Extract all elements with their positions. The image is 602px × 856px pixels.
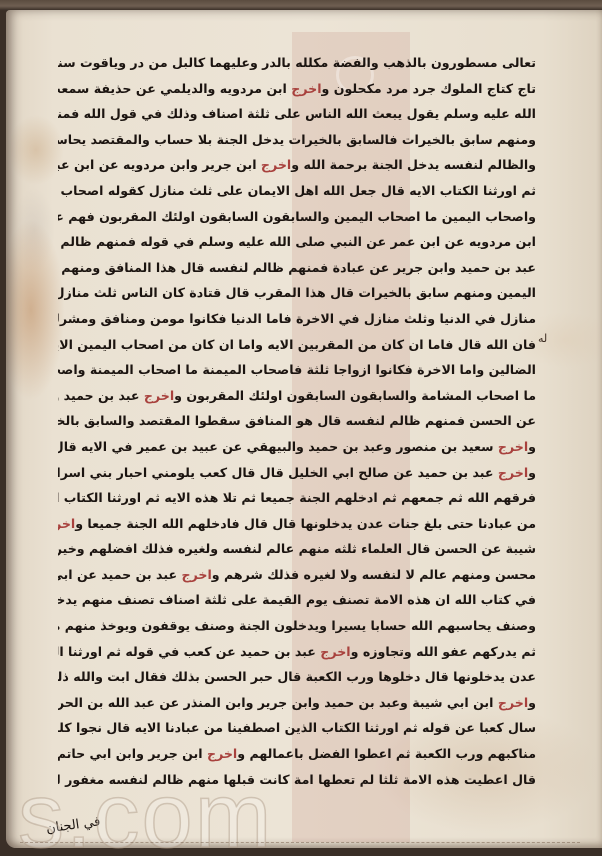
text-line-5: والظالم لنفسه يدخل الجنة برحمة الله واخر… bbox=[58, 152, 536, 178]
text-line-28: مناكبهم ورب الكعبة ثم اعطوا الفضل باعمال… bbox=[58, 741, 536, 767]
rubric-word: اخرج bbox=[58, 516, 75, 531]
rubric-word: اخرج bbox=[207, 746, 237, 761]
margin-note: له bbox=[538, 332, 547, 345]
text-line-10: اليمين ومنهم سابق بالخيرات قال هذا المقر… bbox=[58, 280, 536, 306]
rubric-word: اخرج bbox=[498, 439, 528, 454]
text-line-24: ثم يدركهم عفو الله وتجاوزه واخرج عبد بن … bbox=[58, 639, 536, 665]
rubric-word: اخرج bbox=[261, 157, 291, 172]
rubric-word: اخرج bbox=[498, 695, 528, 710]
text-line-1: تعالى مسطورون بالذهب والفضة مكلله بالدر … bbox=[58, 50, 536, 76]
text-line-3: الله عليه وسلم يقول يبعث الله الناس على … bbox=[58, 101, 536, 127]
text-line-13: الضالين واما الاخرة فكانوا ازواجا ثلثة ف… bbox=[58, 357, 536, 383]
text-line-21: محسن ومنهم عالم لا لنفسه ولا لغيره فذلك … bbox=[58, 562, 536, 588]
rubric-word: اخرج bbox=[291, 81, 321, 96]
text-line-23: وصنف يحاسبهم الله حسابا يسيرا ويدخلون ال… bbox=[58, 613, 536, 639]
text-line-15: عن الحسن فمنهم ظالم لنفسه قال هو المنافق… bbox=[58, 408, 536, 434]
text-line-7: واصحاب اليمين ما اصحاب اليمين والسابقون … bbox=[58, 204, 536, 230]
text-line-18: فرقهم الله ثم جمعهم ثم ادخلهم الجنة جميع… bbox=[58, 485, 536, 511]
rubric-word: اخرج bbox=[144, 388, 174, 403]
rubric-word: اخرج bbox=[181, 567, 211, 582]
text-line-20: شيبة عن الحسن قال العلماء ثلثه منهم عالم… bbox=[58, 536, 536, 562]
text-line-14: ما اصحاب المشامة والسابقون السابقون اولئ… bbox=[58, 383, 536, 409]
text-line-26: واخرج ابن ابي شيبة وعبد بن حميد وابن جري… bbox=[58, 690, 536, 716]
page-bottom-edge bbox=[20, 842, 580, 845]
text-line-17: واخرج عبد بن حميد عن صالح ابي الخليل قال… bbox=[58, 460, 536, 486]
rubric-word: اخرج bbox=[498, 465, 528, 480]
text-line-27: سال كعبا عن قوله ثم اورثنا الكتاب الذين … bbox=[58, 715, 536, 741]
text-line-4: ومنهم سابق بالخيرات فالسابق بالخيرات يدخ… bbox=[58, 127, 536, 153]
text-line-25: عدن يدخلونها قال دخلوها ورب الكعبة قال ح… bbox=[58, 664, 536, 690]
text-line-2: تاج كتاج الملوك جرد مرد مكحلون واخرج ابن… bbox=[58, 76, 536, 102]
text-line-9: عبد بن حميد وابن جرير عن عبادة فمنهم ظال… bbox=[58, 255, 536, 281]
text-line-11: منازل في الدنيا وثلث منازل في الاخرة فام… bbox=[58, 306, 536, 332]
text-line-16: واخرج سعيد بن منصور وعبد بن حميد والبيهق… bbox=[58, 434, 536, 460]
rubric-word: اخرج bbox=[320, 644, 350, 659]
text-line-6: ثم اورثنا الكتاب الايه قال جعل الله اهل … bbox=[58, 178, 536, 204]
text-line-12: فان الله قال فاما ان كان من المقربين الا… bbox=[58, 332, 536, 358]
text-line-22: في كتاب الله ان هذه الامة تصنف يوم القيم… bbox=[58, 587, 536, 613]
manuscript-text: تعالى مسطورون بالذهب والفضة مكلله بالدر … bbox=[58, 50, 536, 792]
text-line-8: ابن مردويه عن ابن عمر عن النبي صلى الله … bbox=[58, 229, 536, 255]
text-line-19: من عبادنا حتى بلغ جنات عدن يدخلونها قال … bbox=[58, 511, 536, 537]
